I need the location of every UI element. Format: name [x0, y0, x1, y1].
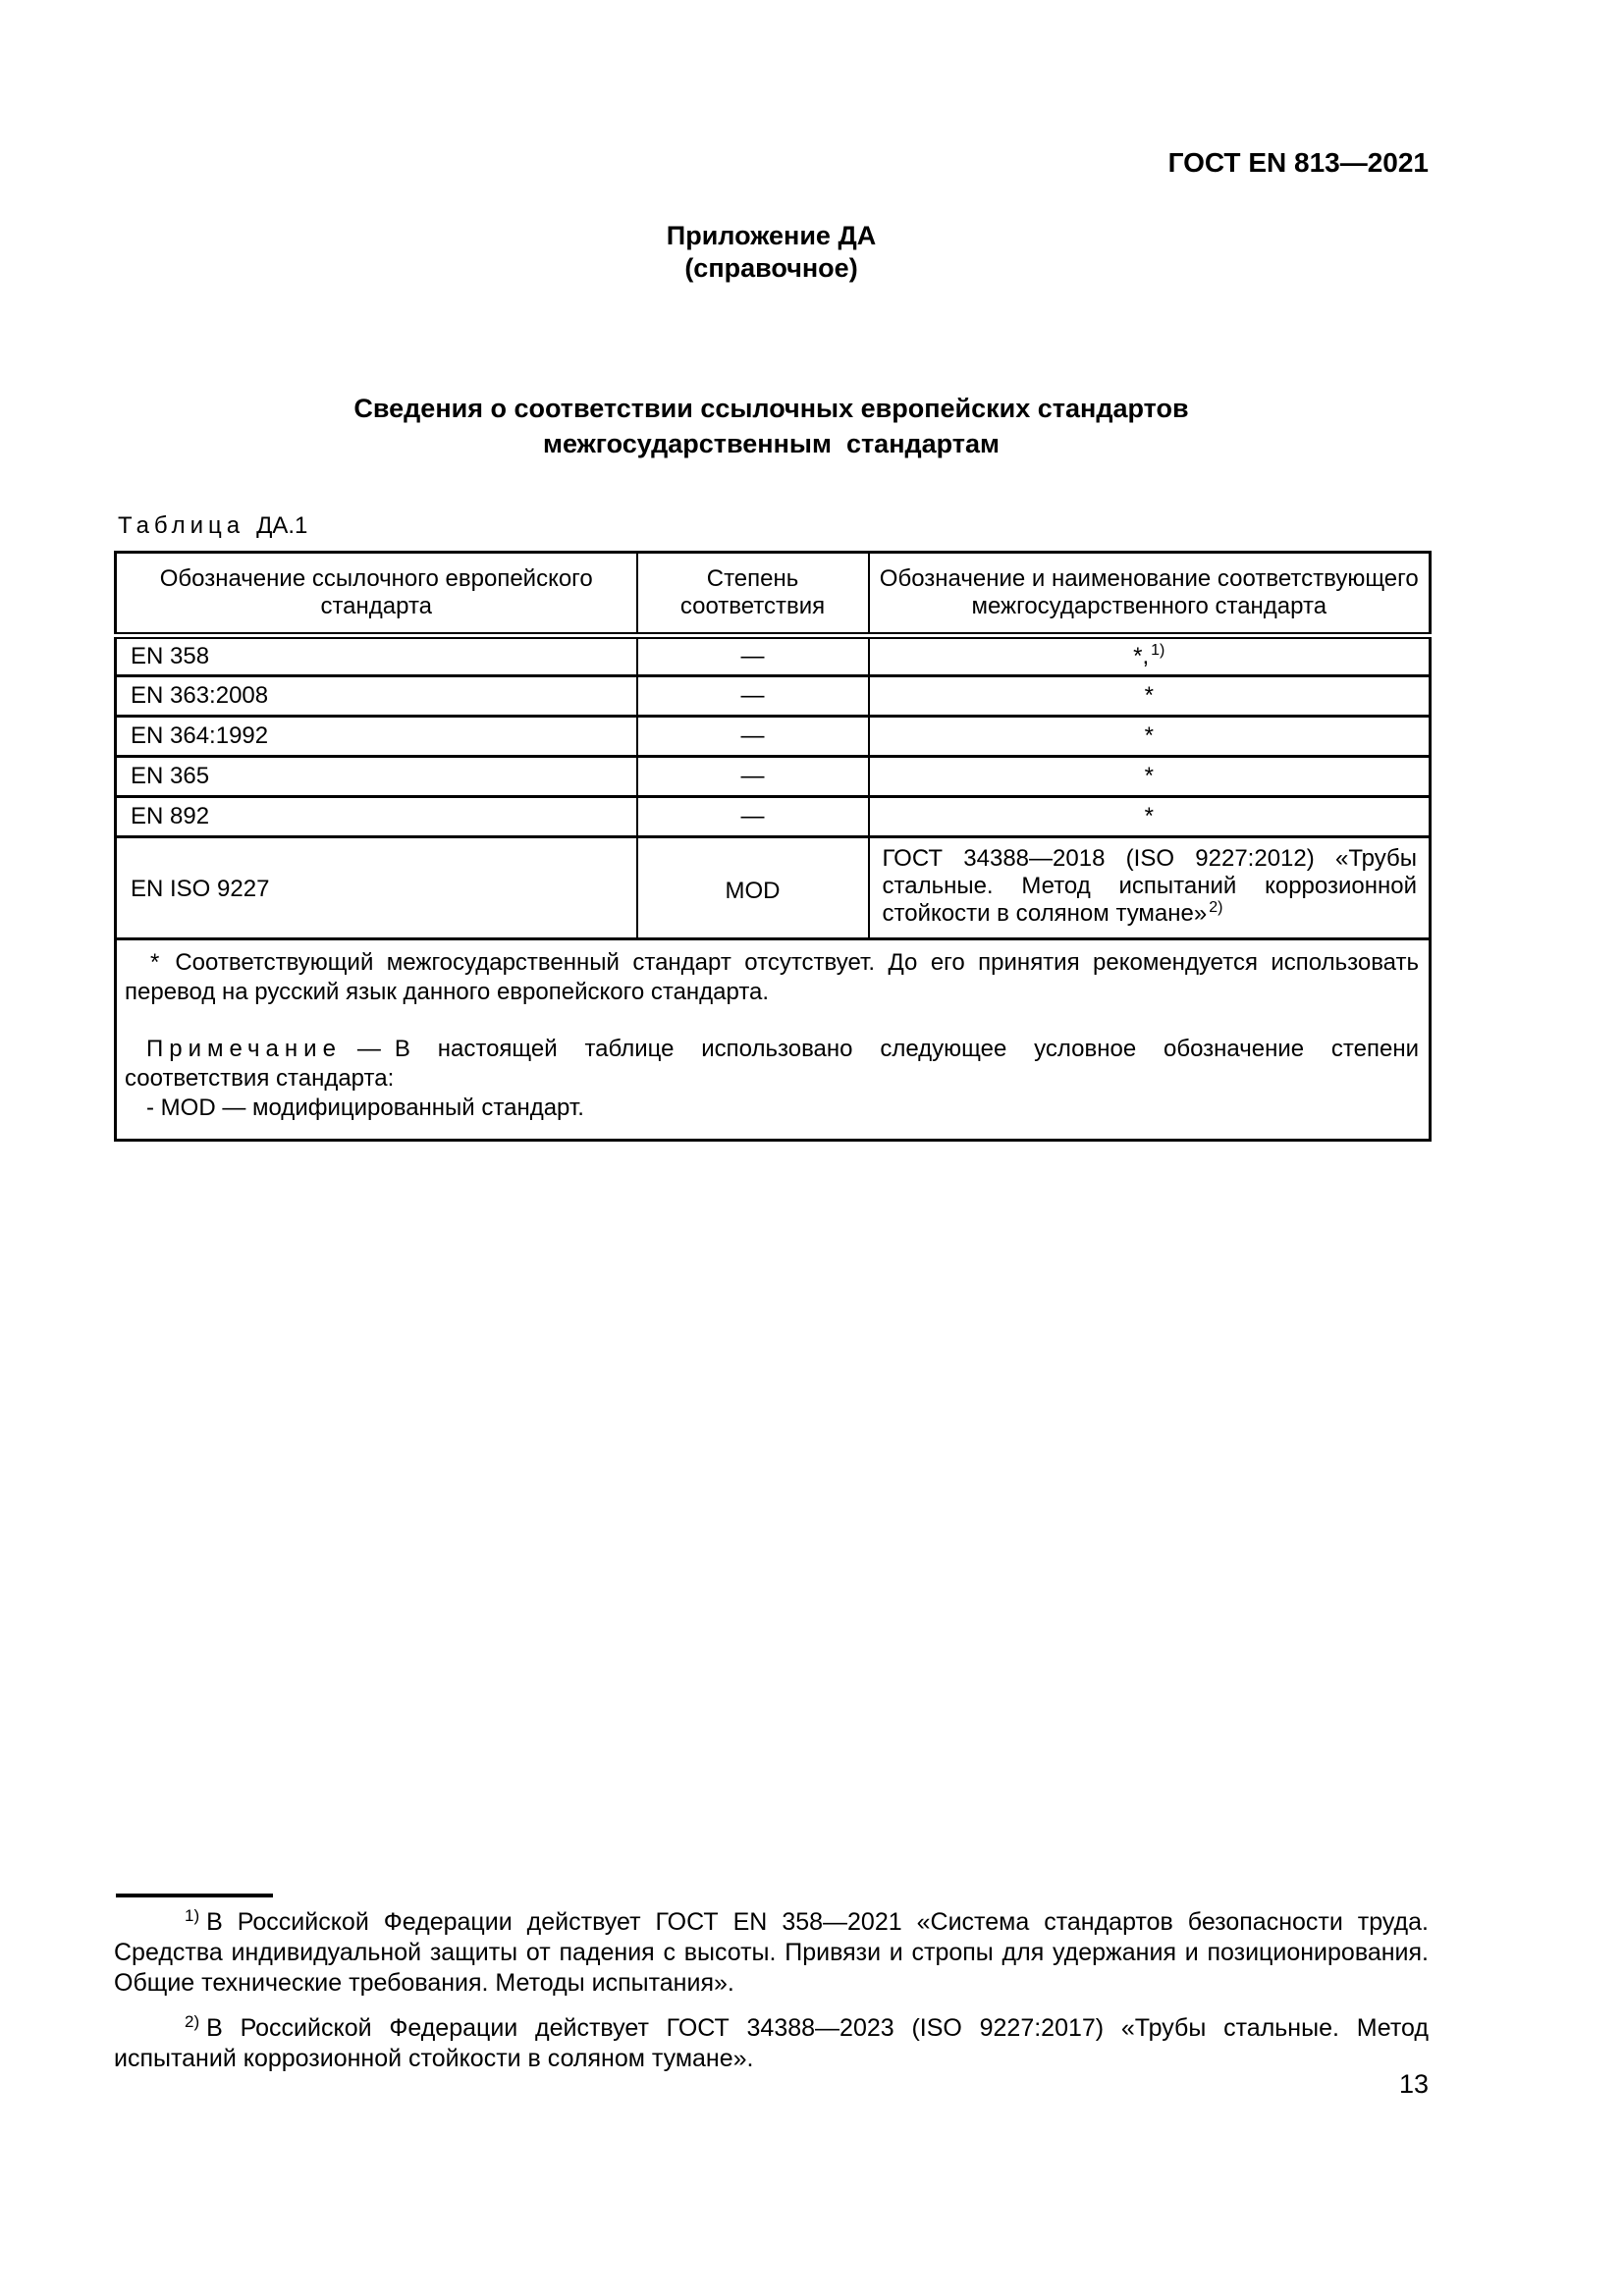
- table-row: EN 365 — *: [116, 757, 1431, 797]
- table-note-asterisk-paragraph: *Соответствующий межгосударственный стан…: [125, 948, 1419, 1007]
- table-note-row: *Соответствующий межгосударственный стан…: [116, 939, 1431, 1141]
- appendix-title: Приложение ДА: [114, 220, 1429, 252]
- table-row: EN 358 — *,1): [116, 636, 1431, 676]
- correspondence-table: Обозначение ссылочного европейского стан…: [114, 551, 1432, 1142]
- table-note-cell: *Соответствующий межгосударственный стан…: [116, 939, 1431, 1141]
- cell-match-text: *: [1145, 722, 1154, 749]
- cell-degree: —: [637, 676, 869, 717]
- footnote-1-marker: 1): [185, 1906, 199, 1925]
- section-title-line2: межгосударственным стандартам: [114, 426, 1429, 461]
- asterisk-note-text: Соответствующий межгосударственный станд…: [125, 949, 1419, 1005]
- table-header-row: Обозначение ссылочного европейского стан…: [116, 553, 1431, 636]
- table-row: EN 363:2008 — *: [116, 676, 1431, 717]
- footnote-ref-2: 2): [1209, 899, 1222, 916]
- footnote-2-text: В Российской Федерации действует ГОСТ 34…: [114, 2014, 1429, 2072]
- cell-standard: EN 364:1992: [116, 717, 637, 757]
- cell-match-text: *: [1145, 682, 1154, 709]
- table-caption-number: ДА.1: [256, 512, 307, 539]
- note-dash: —: [357, 1036, 381, 1062]
- table-caption: ТаблицаДА.1: [118, 512, 307, 540]
- cell-standard: EN ISO 9227: [116, 837, 637, 939]
- table-row: EN 364:1992 — *: [116, 717, 1431, 757]
- cell-standard: EN 363:2008: [116, 676, 637, 717]
- footnote-2: 2)В Российской Федерации действует ГОСТ …: [114, 2013, 1429, 2074]
- cell-match-text: *: [1145, 803, 1154, 829]
- asterisk-marker: *: [150, 949, 159, 976]
- appendix-heading: Приложение ДА (справочное): [114, 220, 1429, 285]
- footnote-separator-rule: [116, 1894, 273, 1897]
- cell-match-text: ГОСТ 34388—2018 (ISO 9227:2012) «Трубы с…: [883, 845, 1418, 927]
- cell-degree: MOD: [637, 837, 869, 939]
- cell-degree: —: [637, 797, 869, 837]
- column-header-degree: Степень соответствия: [637, 553, 869, 636]
- footnote-2-marker: 2): [185, 2012, 199, 2031]
- cell-match-text: *,: [1133, 643, 1149, 669]
- table-caption-word: Таблица: [118, 512, 244, 539]
- table-row: EN 892 — *: [116, 797, 1431, 837]
- table-note-item: - MOD — модифицированный стандарт.: [125, 1094, 1419, 1123]
- appendix-subtitle: (справочное): [114, 252, 1429, 285]
- footnote-1-text: В Российской Федерации действует ГОСТ EN…: [114, 1908, 1429, 1997]
- cell-degree: —: [637, 717, 869, 757]
- cell-match: *: [869, 797, 1431, 837]
- cell-match: ГОСТ 34388—2018 (ISO 9227:2012) «Трубы с…: [869, 837, 1431, 939]
- cell-degree: —: [637, 757, 869, 797]
- cell-standard: EN 892: [116, 797, 637, 837]
- cell-standard: EN 365: [116, 757, 637, 797]
- table-row: EN ISO 9227 MOD ГОСТ 34388—2018 (ISO 922…: [116, 837, 1431, 939]
- cell-standard: EN 358: [116, 636, 637, 676]
- cell-match: *: [869, 757, 1431, 797]
- section-title-line1: Сведения о соответствии ссылочных европе…: [114, 391, 1429, 426]
- note-label: Примечание: [146, 1036, 342, 1062]
- footnote-ref-1: 1): [1151, 642, 1164, 659]
- cell-match: *: [869, 676, 1431, 717]
- footnotes-section: 1)В Российской Федерации действует ГОСТ …: [114, 1894, 1429, 2089]
- section-title: Сведения о соответствии ссылочных европе…: [114, 391, 1429, 461]
- cell-match: *,1): [869, 636, 1431, 676]
- cell-degree: —: [637, 636, 869, 676]
- doc-code-header: ГОСТ EN 813—2021: [114, 147, 1429, 179]
- footnote-1: 1)В Российской Федерации действует ГОСТ …: [114, 1907, 1429, 1999]
- column-header-interstate-standard: Обозначение и наименование соответствующ…: [869, 553, 1431, 636]
- cell-match-text: *: [1145, 763, 1154, 789]
- page-number: 13: [114, 2069, 1429, 2100]
- table-note-paragraph: Примечание—В настоящей таблице использов…: [125, 1035, 1419, 1094]
- cell-match: *: [869, 717, 1431, 757]
- column-header-european-standard: Обозначение ссылочного европейского стан…: [116, 553, 637, 636]
